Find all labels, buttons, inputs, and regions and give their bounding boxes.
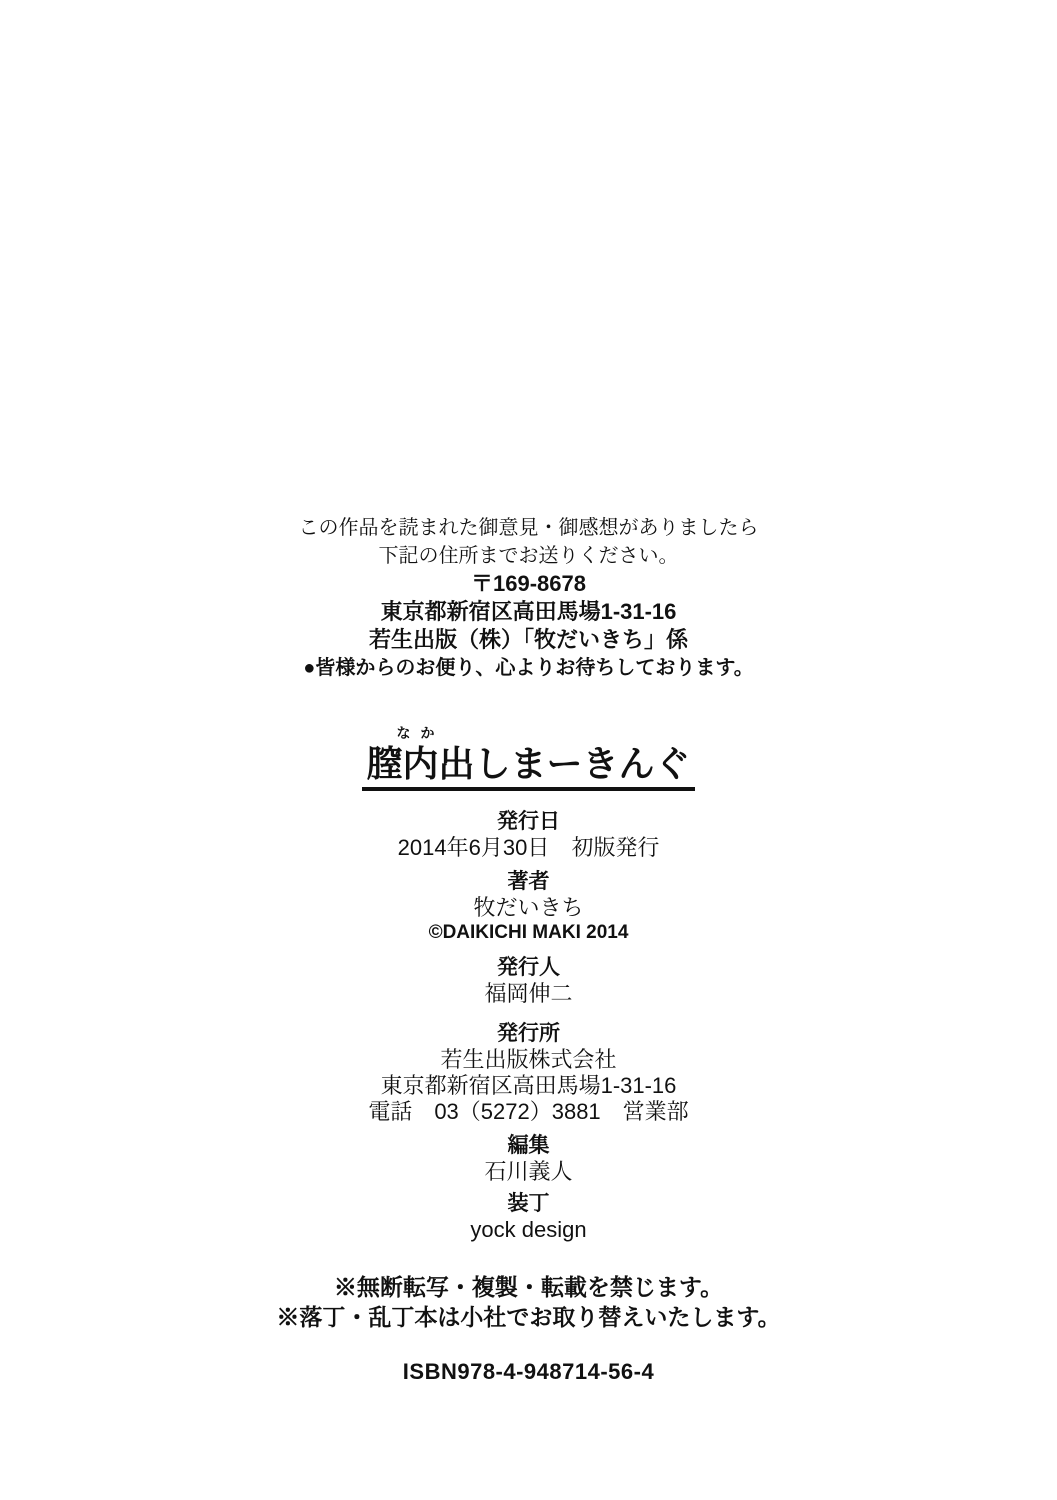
section-design: 装丁 yock design	[0, 1191, 1057, 1243]
publisher-office-address: 東京都新宿区高田馬場1-31-16	[0, 1073, 1057, 1099]
reader-notice-line-1: この作品を読まれた御意見・御感想がありましたら	[0, 514, 1057, 542]
book-title-text: 膣内出しまーきんぐ	[366, 744, 690, 784]
reader-notice-line-2: 下記の住所までお送りください。	[0, 542, 1057, 570]
publication-date-label: 発行日	[0, 809, 1057, 835]
editor-label: 編集	[0, 1133, 1057, 1159]
design-value: yock design	[0, 1217, 1057, 1243]
publisher-office-phone: 電話 03（5272）3881 営業部	[0, 1099, 1057, 1125]
editor-value: 石川義人	[0, 1159, 1057, 1185]
publication-date-value: 2014年6月30日 初版発行	[0, 835, 1057, 861]
legal-notices: ※無断転写・複製・転載を禁じます。 ※落丁・乱丁本は小社でお取り替えいたします。	[0, 1273, 1057, 1333]
notice-address: 東京都新宿区高田馬場1-31-16	[0, 598, 1057, 626]
legal-notice-line-1: ※無断転写・複製・転載を禁じます。	[0, 1273, 1057, 1303]
isbn-number: ISBN978-4-948714-56-4	[0, 1359, 1057, 1385]
publisher-person-label: 発行人	[0, 955, 1057, 981]
publisher-office-label: 発行所	[0, 1021, 1057, 1047]
title-block: なか 膣内出しまーきんぐ	[0, 742, 1057, 791]
section-publication-date: 発行日 2014年6月30日 初版発行	[0, 809, 1057, 861]
postal-code: 〒169-8678	[0, 570, 1057, 598]
author-value: 牧だいきち	[0, 895, 1057, 921]
publisher-person-value: 福岡伸二	[0, 981, 1057, 1007]
colophon-page: この作品を読まれた御意見・御感想がありましたら 下記の住所までお送りください。 …	[0, 0, 1057, 1500]
publisher-office-company: 若生出版株式会社	[0, 1047, 1057, 1073]
copyright-line: ©DAIKICHI MAKI 2014	[0, 921, 1057, 945]
design-label: 装丁	[0, 1191, 1057, 1217]
reader-notice-block: この作品を読まれた御意見・御感想がありましたら 下記の住所までお送りください。 …	[0, 0, 1057, 682]
notice-recipient: 若生出版（株）「牧だいきち」係	[0, 626, 1057, 654]
section-publisher-office: 発行所 若生出版株式会社 東京都新宿区高田馬場1-31-16 電話 03（527…	[0, 1021, 1057, 1125]
section-editor: 編集 石川義人	[0, 1133, 1057, 1185]
author-label: 著者	[0, 869, 1057, 895]
book-title-furigana: なか	[396, 728, 444, 742]
legal-notice-line-2: ※落丁・乱丁本は小社でお取り替えいたします。	[0, 1303, 1057, 1333]
book-title: なか 膣内出しまーきんぐ	[362, 742, 694, 791]
section-author: 著者 牧だいきち ©DAIKICHI MAKI 2014	[0, 869, 1057, 945]
section-publisher-person: 発行人 福岡伸二	[0, 955, 1057, 1007]
notice-closing: ●皆様からのお便り、心よりお待ちしております。	[0, 654, 1057, 682]
